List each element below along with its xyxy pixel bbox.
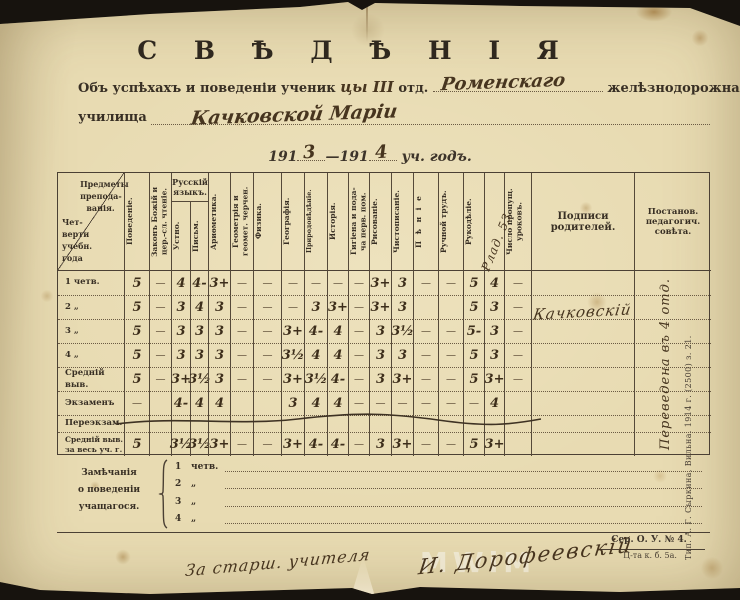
grade-cell: 3 [190,343,208,367]
grade-cell [438,415,463,432]
grade-cell: 3+ [281,432,304,456]
column-header-council: Постанов. педагогич. совѣта. [634,173,711,271]
grade-cell [190,415,208,432]
grade-cell [369,415,391,432]
row-label: 1 четв. [58,271,124,295]
grade-cell [149,415,171,432]
grade-cell: 3+ [327,295,348,319]
grade-cell: — [348,271,369,295]
remarks-row-number: 1 [175,462,191,472]
subtitle-line-2: училища Качковской Маріи [78,110,710,125]
column-header-russian: Русскій языкъ. [172,173,208,202]
grade-cell [230,415,253,432]
grade-cell: — [391,391,413,415]
grade-cell: 4 [484,391,504,415]
column-group-russian: Русскій языкъ.Устно.Письм. [171,173,208,271]
grade-cell: 4- [327,432,348,456]
grade-cell: 3 [208,367,230,391]
remarks-row-number: 2 [175,479,191,489]
remarks-row-number: 3 [175,497,191,507]
remarks-row-unit: „ [191,514,225,524]
grade-cell: — [504,271,531,295]
grade-cell: — [149,367,171,391]
grade-cell [149,391,171,415]
grade-cell: 5 [124,319,149,343]
grade-cell: 3 [208,343,230,367]
remarks-row: 1четв. [175,461,702,472]
grade-cell: 5 [124,271,149,295]
column-header: П ѣ н і е [413,173,438,271]
remarks-row: 2„ [175,478,702,489]
handwritten-year-1: 3 [303,142,317,164]
grade-cell: 5 [124,343,149,367]
grade-cell: 3 [391,271,413,295]
grade-cell: — [253,319,281,343]
grade-cell: 5 [124,367,149,391]
grade-cell: — [149,295,171,319]
grade-cell: — [253,295,281,319]
signature-cell [531,295,634,319]
brace-glyph [157,459,171,529]
grade-cell: — [504,295,531,319]
grade-cell [413,415,438,432]
column-header: Ариѳметика. [208,173,230,271]
corner-subjects-label: Предметы препода- ванія. [80,178,121,214]
grade-cell: — [281,271,304,295]
remarks-row: 4„ [175,513,702,524]
grade-cell: 5- [463,319,484,343]
grade-cell: 3½ [304,367,327,391]
grade-cell [230,391,253,415]
grade-cell: 4 [171,271,190,295]
handwritten-school: Роменскаго [439,70,566,95]
grade-cell: 3 [171,319,190,343]
signature-cell [531,391,634,415]
dotted-leader: Качковской Маріи [151,110,710,125]
remarks-row-unit: четв. [191,462,225,472]
grade-cell: 4 [327,343,348,367]
grade-cell: 3+ [281,367,304,391]
grade-cell: 3+ [484,367,504,391]
grade-cell: 4 [190,391,208,415]
grade-cell [391,415,413,432]
grade-cell [253,391,281,415]
row-label: Средній выв. за весь уч. г. [58,432,124,456]
column-header: Чистописаніе. [391,173,413,271]
remarks-row-unit: „ [191,479,225,489]
council-cell [634,271,711,295]
grade-cell: 3 [171,295,190,319]
grade-cell: — [438,271,463,295]
grade-cell: 3½ [281,343,304,367]
grade-cell: 5 [124,432,149,456]
grade-cell: — [504,343,531,367]
grade-cell: — [438,367,463,391]
grade-cell: — [327,271,348,295]
grade-cell: — [413,367,438,391]
grade-cell: — [369,391,391,415]
grade-cell [413,295,438,319]
grade-cell: 3 [304,295,327,319]
dotted-leader: Роменскаго [433,78,603,92]
signature-cell [531,271,634,295]
grade-cell: 3+ [208,432,230,456]
row-label: 4 „ [58,343,124,367]
grade-cell: — [438,391,463,415]
remarks-label: Замѣчанія о поведеніи учащагося. [65,465,153,516]
grade-cell: 4- [327,367,348,391]
column-header: Поведеніе. [124,173,149,271]
grade-cell: — [413,391,438,415]
grade-cell [463,415,484,432]
grade-cell: 3 [369,319,391,343]
grade-cell: — [124,391,149,415]
grade-cell: — [230,432,253,456]
row-label: 3 „ [58,319,124,343]
subtitle-otd: отд. [398,81,428,96]
grade-cell: 3+ [391,367,413,391]
grade-cell: 3½ [391,319,413,343]
year-mid: —191 [325,149,368,165]
grade-cell: 3½ [190,367,208,391]
corner-quarters-label: Чет- верти учебн. года [62,216,100,264]
subtitle-pre: Объ успѣхахъ и поведеніи ученик [78,81,336,96]
row-label: Средній выв. [58,367,124,391]
grade-cell: 3+ [171,367,190,391]
grade-cell: — [149,343,171,367]
grade-cell [327,415,348,432]
grade-cell: — [348,295,369,319]
grade-cell: 4 [327,319,348,343]
grade-cell: — [230,343,253,367]
column-header [484,173,504,271]
council-cell [634,367,711,391]
grade-cell: — [230,367,253,391]
grade-cell: 5 [463,295,484,319]
grade-cell: 3½ [190,432,208,456]
council-cell [634,319,711,343]
grade-cell: — [348,391,369,415]
grade-cell: 5 [124,295,149,319]
grade-cell: — [413,343,438,367]
remarks-row: 3„ [175,496,702,507]
grade-cell: 4 [208,391,230,415]
grade-cell: 3½ [171,432,190,456]
grade-cell: 4 [304,391,327,415]
grade-cell: — [149,271,171,295]
grade-cell: — [438,319,463,343]
grade-cell: — [504,319,531,343]
signature-cell [531,319,634,343]
grade-cell: — [348,432,369,456]
column-header: Рукодѣліе. [463,173,484,271]
grade-cell: 5 [463,343,484,367]
grade-cell: — [304,271,327,295]
row-label: Экзаменъ [58,391,124,415]
grade-cell: — [281,295,304,319]
council-cell [634,343,711,367]
column-header-signatures: Подписи родителей. [531,173,634,271]
column-header: Природовѣдѣніе. [304,173,327,271]
grade-cell: 4- [304,319,327,343]
dotted-leader [225,513,702,524]
grade-cell [208,415,230,432]
grades-table: Предметы препода- ванія.Чет- верти учебн… [57,172,710,455]
grade-cell [504,432,531,456]
grade-cell: — [413,319,438,343]
remarks-section: Замѣчанія о поведеніи учащагося. 1четв.2… [57,455,710,533]
printer-credit: Тип. А. Г. Сыркина, Вильна. 1914 г. (250… [684,298,698,560]
grade-cell: — [348,343,369,367]
grade-cell: 3+ [484,432,504,456]
grade-cell: 5 [463,271,484,295]
column-header: Законъ Божій и цер.-сл. чтеніе. [149,173,171,271]
grade-cell [149,432,171,456]
grade-cell: — [230,295,253,319]
grade-cell: 3 [171,343,190,367]
grade-cell: — [413,432,438,456]
remarks-row-number: 4 [175,514,191,524]
grade-cell: 4 [304,343,327,367]
dotted-leader [225,478,702,489]
row-label: Переэкзам. [58,415,124,432]
grade-cell: 5 [463,432,484,456]
signature-cell [531,432,634,456]
year-pre: 191 [268,149,297,165]
grade-cell: — [230,319,253,343]
signature-cell [531,343,634,367]
grade-cell [504,391,531,415]
grade-cell: — [230,271,253,295]
grade-cell: 3 [484,319,504,343]
grade-cell [484,415,504,432]
signature-cell [531,367,634,391]
grade-cell: 4 [327,391,348,415]
column-header: Письм. [190,202,208,270]
handwritten-footer-role: За старш. учителя [184,545,371,580]
dotted-leader [225,496,702,507]
corner-cell: Предметы препода- ванія.Чет- верти учебн… [58,173,124,271]
grade-cell [304,415,327,432]
grade-cell [348,415,369,432]
grade-cell: 3+ [281,319,304,343]
handwritten-student-name: Качковской Маріи [189,100,398,129]
column-header: Число пропущ. уроковъ. [504,173,531,271]
grade-cell: — [253,367,281,391]
grade-cell: — [438,343,463,367]
grade-cell: — [438,432,463,456]
grade-cell: 3 [208,295,230,319]
subtitle-line-1: Объ успѣхахъ и поведеніи ученик цы III о… [78,78,710,96]
column-header: Географія. [281,173,304,271]
handwritten-year-2: 4 [374,142,388,164]
remarks-row-unit: „ [191,497,225,507]
grade-cell: 3 [369,343,391,367]
grade-cell [171,415,190,432]
grade-cell: 3+ [208,271,230,295]
row-label: 2 „ [58,295,124,319]
grade-cell: 4- [304,432,327,456]
grade-cell: 3 [369,432,391,456]
grade-cell: 4- [171,391,190,415]
column-header: Ручной трудъ. [438,173,463,271]
column-header: Устно. [172,202,190,270]
grade-cell: — [149,319,171,343]
column-header: Рисованіе. [369,173,391,271]
grade-cell: 4- [190,271,208,295]
grade-cell: 3 [369,367,391,391]
subtitle-post: желѣзнодорожнаго [607,81,740,96]
year-line: 1913—1914 уч. годъ. [220,148,520,165]
grade-cell [281,415,304,432]
grade-cell [253,415,281,432]
grade-cell: — [413,271,438,295]
column-header: Исторія. [327,173,348,271]
dotted-leader [225,461,702,472]
grade-cell: — [253,343,281,367]
grade-cell: 3 [190,319,208,343]
grade-cell: 3+ [369,271,391,295]
report-card-paper: С В Ѣ Д Ѣ Н І Я Объ успѣхахъ и поведеніи… [0,0,740,600]
grade-cell: 3+ [369,295,391,319]
council-cell [634,391,711,415]
dotted-leader: 3 [297,148,325,161]
grade-cell: — [348,319,369,343]
grade-cell: 3 [484,343,504,367]
council-cell [634,295,711,319]
school-label: училища [78,110,147,125]
grade-cell: 3 [208,319,230,343]
grade-cell: 4 [190,295,208,319]
column-header: Гигіена и пода- ча перв. пом. [348,173,369,271]
grade-cell [438,295,463,319]
grade-cell: — [348,367,369,391]
grade-cell: 3 [281,391,304,415]
grade-cell [504,415,531,432]
year-post: уч. годъ. [402,149,472,165]
signature-cell [531,415,634,432]
grade-cell: 3 [484,295,504,319]
dotted-leader: 4 [369,148,397,161]
grade-cell: 5 [463,367,484,391]
council-cell [634,432,711,456]
grade-cell: — [463,391,484,415]
grade-cell: — [253,271,281,295]
column-header: Геометрія и геомет. черчен. [230,173,253,271]
grade-cell [124,415,149,432]
council-cell [634,415,711,432]
grade-cell: 3 [391,295,413,319]
grade-cell: 4 [484,271,504,295]
page-title: С В Ѣ Д Ѣ Н І Я [0,36,710,65]
handwritten-class: цы III [340,78,394,96]
grade-cell: — [253,432,281,456]
grade-cell: — [504,367,531,391]
grade-cell: 3+ [391,432,413,456]
column-header: Физика. [253,173,281,271]
grade-cell: 3 [391,343,413,367]
